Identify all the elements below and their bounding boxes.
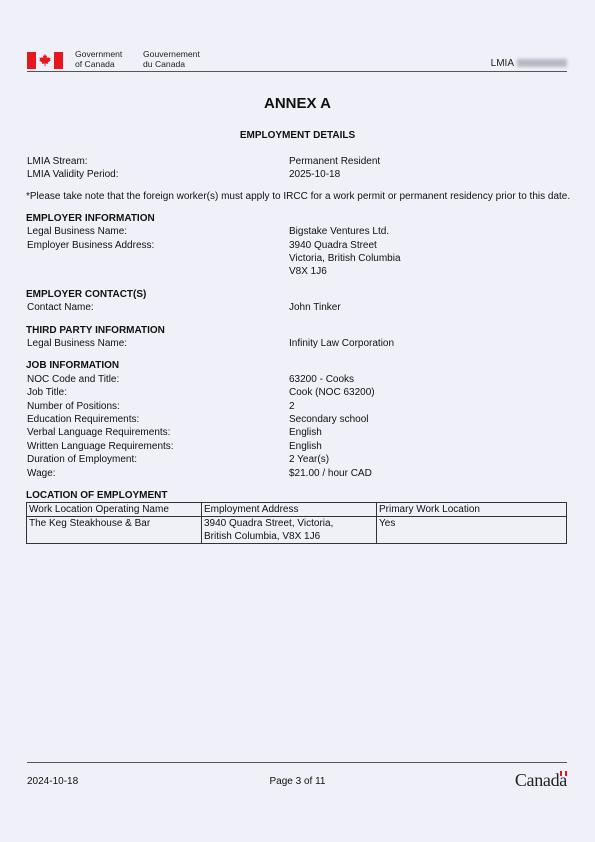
field-label: Legal Business Name: xyxy=(27,225,127,238)
table-row: The Keg Steakhouse & Bar 3940 Quadra Str… xyxy=(27,517,567,544)
page-title: ANNEX A xyxy=(0,95,595,112)
job-info-row: Verbal Language Requirements:English xyxy=(27,426,567,439)
document-page: Government of Canada Gouvernement du Can… xyxy=(0,0,595,842)
lmia-reference: LMIA xyxy=(491,58,567,69)
table-header-row: Work Location Operating Name Employment … xyxy=(27,503,567,517)
job-info-row: Job Title:Cook (NOC 63200) xyxy=(27,386,567,399)
location-table: Work Location Operating Name Employment … xyxy=(26,502,567,544)
operating-name-cell: The Keg Steakhouse & Bar xyxy=(27,517,202,544)
column-header: Employment Address xyxy=(202,503,377,517)
job-information-heading: JOB INFORMATION xyxy=(26,359,567,372)
field-value: Secondary school xyxy=(289,413,369,426)
field-value: 2 xyxy=(289,400,295,413)
employer-information-heading: EMPLOYER INFORMATION xyxy=(26,212,567,225)
field-value: English xyxy=(289,426,322,439)
field-label: Education Requirements: xyxy=(27,413,139,426)
field-label: NOC Code and Title: xyxy=(27,373,119,386)
primary-location-cell: Yes xyxy=(377,517,567,544)
employer-address-row: Employer Business Address: 3940 Quadra S… xyxy=(27,239,567,279)
field-label: Job Title: xyxy=(27,386,67,399)
lmia-validity-row: LMIA Validity Period: 2025-10-18 xyxy=(27,168,567,181)
field-label: Legal Business Name: xyxy=(27,337,127,350)
column-header: Work Location Operating Name xyxy=(27,503,202,517)
field-label: Employer Business Address: xyxy=(27,239,154,252)
field-label: LMIA Stream: xyxy=(27,155,88,168)
field-value: 63200 - Cooks xyxy=(289,373,354,386)
header-divider xyxy=(27,71,567,72)
canada-flag-icon xyxy=(27,52,63,69)
field-value: Permanent Resident xyxy=(289,155,380,168)
field-value: English xyxy=(289,440,322,453)
field-value: 2 Year(s) xyxy=(289,453,329,466)
field-value: John Tinker xyxy=(289,301,341,314)
field-value: Cook (NOC 63200) xyxy=(289,386,375,399)
job-info-row: NOC Code and Title:63200 - Cooks xyxy=(27,373,567,386)
third-party-heading: THIRD PARTY INFORMATION xyxy=(26,324,567,337)
job-info-row: Duration of Employment:2 Year(s) xyxy=(27,453,567,466)
third-party-legal-name-row: Legal Business Name: Infinity Law Corpor… xyxy=(27,337,567,350)
location-heading: LOCATION OF EMPLOYMENT xyxy=(26,489,567,502)
footer-divider xyxy=(27,762,567,763)
job-info-row: Number of Positions:2 xyxy=(27,400,567,413)
job-information-list: NOC Code and Title:63200 - CooksJob Titl… xyxy=(27,373,567,480)
field-label: Wage: xyxy=(27,467,56,480)
field-label: Verbal Language Requirements: xyxy=(27,426,170,439)
lmia-label: LMIA xyxy=(491,58,514,69)
employer-contacts-heading: EMPLOYER CONTACT(S) xyxy=(26,288,567,301)
lmia-stream-row: LMIA Stream: Permanent Resident xyxy=(27,155,567,168)
employer-legal-name-row: Legal Business Name: Bigstake Ventures L… xyxy=(27,225,567,238)
contact-name-row: Contact Name: John Tinker xyxy=(27,301,567,314)
field-value: Infinity Law Corporation xyxy=(289,337,394,350)
validity-note: *Please take note that the foreign worke… xyxy=(26,190,571,203)
government-of-canada-fr: Gouvernement du Canada xyxy=(143,50,200,69)
job-info-row: Written Language Requirements:English xyxy=(27,440,567,453)
field-label: LMIA Validity Period: xyxy=(27,168,119,181)
field-label: Number of Positions: xyxy=(27,400,120,413)
lmia-number-redacted xyxy=(517,59,567,67)
address-cell: 3940 Quadra Street, Victoria, British Co… xyxy=(202,517,377,544)
field-value: 3940 Quadra Street Victoria, British Col… xyxy=(289,239,567,279)
field-label: Duration of Employment: xyxy=(27,453,137,466)
job-info-row: Wage:$21.00 / hour CAD xyxy=(27,467,567,480)
government-header: Government of Canada Gouvernement du Can… xyxy=(27,50,567,72)
page-number: Page 3 of 11 xyxy=(0,776,595,787)
field-label: Contact Name: xyxy=(27,301,94,314)
field-label: Written Language Requirements: xyxy=(27,440,174,453)
field-value: Bigstake Ventures Ltd. xyxy=(289,225,389,238)
field-value: $21.00 / hour CAD xyxy=(289,467,372,480)
field-value: 2025-10-18 xyxy=(289,168,340,181)
employment-details: LMIA Stream: Permanent Resident LMIA Val… xyxy=(27,155,567,544)
wordmark-flag-icon xyxy=(560,771,567,776)
job-info-row: Education Requirements:Secondary school xyxy=(27,413,567,426)
section-title: EMPLOYMENT DETAILS xyxy=(0,130,595,141)
column-header: Primary Work Location xyxy=(377,503,567,517)
government-of-canada-en: Government of Canada xyxy=(75,50,122,69)
